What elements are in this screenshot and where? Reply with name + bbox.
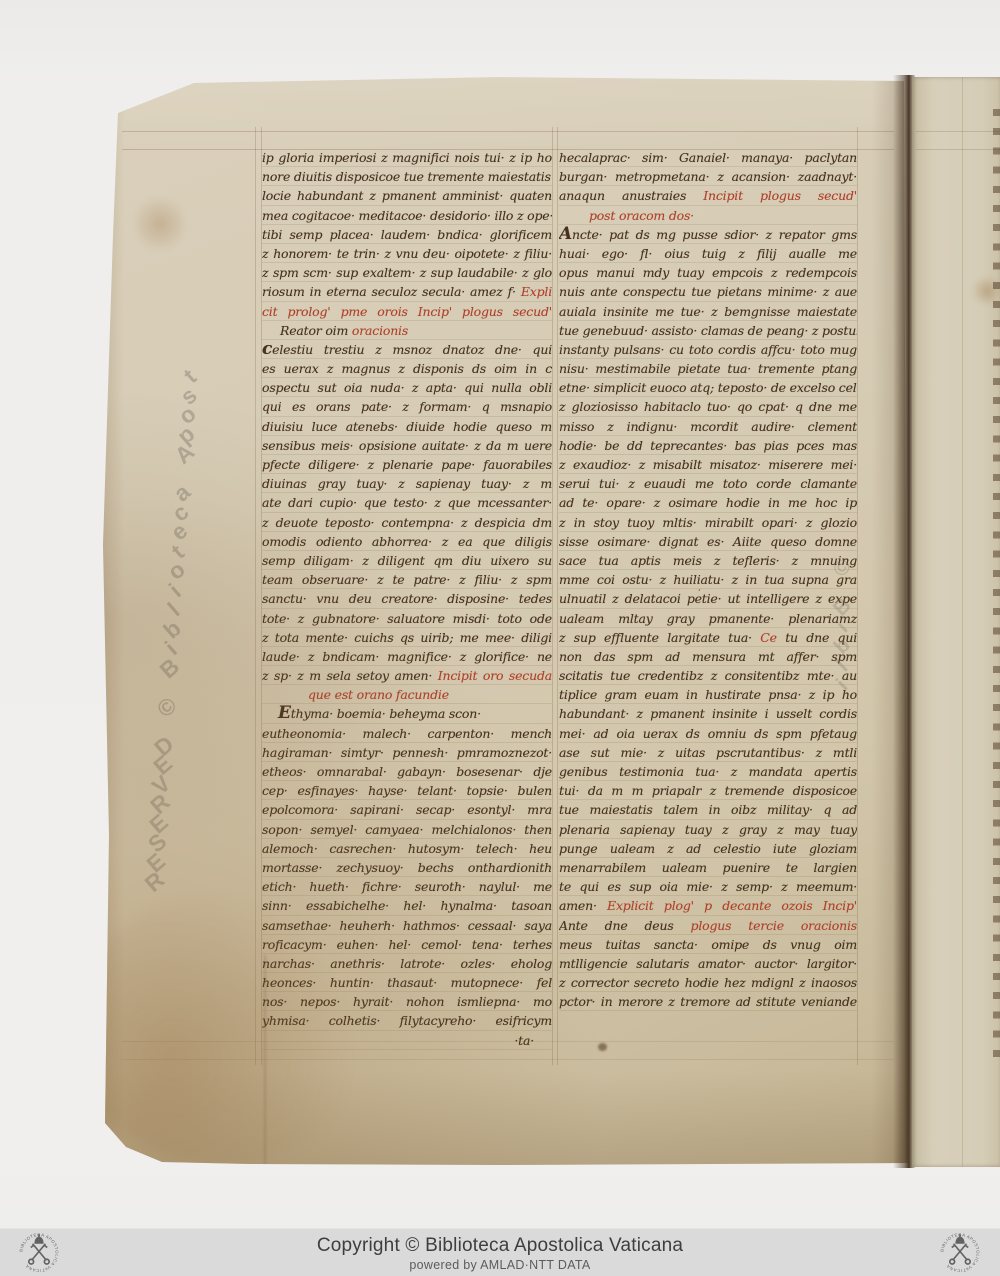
manuscript-line: instanty pulsans· cu toto cordis affcu· …: [559, 340, 857, 359]
manuscript-line: cep· esfinayes· hayse· telant· topsie· b…: [262, 781, 552, 800]
manuscript-line: z deuote teposto· contempna· z despicia …: [262, 513, 552, 532]
manuscript-line: ospectu sut oia nuda· z apta· qui nulla …: [262, 378, 552, 397]
facing-page-text-fragments: [993, 109, 1000, 1069]
manuscript-line: z in stoy tuoy mltis· mirabilt opari· z …: [559, 513, 857, 532]
manuscript-line: hagiraman· simtyr· pennesh· pmramoznezot…: [262, 743, 552, 762]
manuscript-line: yhmisa· colhetis· filytacyreho· esifricy…: [262, 1011, 552, 1030]
manuscript-line: ase sut mie· z uitas pscrutantibus· z mt…: [559, 743, 857, 762]
manuscript-line: z sp· z m sela setoy amen· Incipit oro s…: [262, 666, 552, 685]
manuscript-line: z exaudioz· z misabilt misatoz· miserere…: [559, 455, 857, 474]
footer-text: Copyright © Biblioteca Apostolica Vatica…: [317, 1235, 683, 1272]
manuscript-line: serui tui· z euaudi me toto corde claman…: [559, 474, 857, 493]
manuscript-line: omodis odiento abhorrea· z ea que diligi…: [262, 532, 552, 551]
scan-viewer: ip gloria imperiosi z magnifici nois tui…: [0, 0, 1000, 1276]
ruling-line: [255, 127, 256, 1065]
manuscript-line: nisu· mestimabile pietate tua· tremente …: [559, 359, 857, 378]
manuscript-line: z tota mente· cuichs qs uirib; me mee· d…: [262, 628, 552, 647]
ruling-line: [857, 127, 858, 1065]
manuscript-line: auiala insinite me tue· z bemgnisse maie…: [559, 302, 857, 321]
manuscript-line: scitatis tue credentibz z consitentibz m…: [559, 666, 857, 685]
manuscript-line: tue genebuud· assisto· clamas de peang· …: [559, 321, 857, 340]
powered-by-text: powered by AMLAD·NTT DATA: [409, 1258, 590, 1272]
manuscript-line: qui es orans pate· z formam· q msnapio: [262, 397, 552, 416]
manuscript-line: pfecte diligere· z plenarie pape· fauora…: [262, 455, 552, 474]
manuscript-line: ip gloria imperiosi z magnifici nois tui…: [262, 148, 552, 167]
manuscript-line: eutheonomia· malech· carpenton· mench: [262, 724, 552, 743]
parchment-stain: [134, 193, 186, 255]
manuscript-line: sace tua aptis meis z tefleris· z mnuing: [559, 551, 857, 570]
manuscript-line: z sup effluente largitate tua· Ce tu dne…: [559, 628, 857, 647]
fold-crease: [962, 77, 963, 1167]
manuscript-line: alemoch· casrechen· hutosym· telech· heu: [262, 839, 552, 858]
manuscript-line: mortasse· zechysuoy· bechs onthardionith: [262, 858, 552, 877]
manuscript-line: post oracom dos·: [559, 206, 857, 225]
manuscript-line: Ethyma· boemia· beheyma scon·: [262, 704, 552, 723]
manuscript-line: Reator oim oracionis: [262, 321, 552, 340]
manuscript-line: z corrector secreto hodie hez mdignl z i…: [559, 973, 857, 992]
manuscript-line: laude· z bndicam· magnifice· z glorifice…: [262, 647, 552, 666]
ruling-line: [122, 1059, 894, 1060]
manuscript-line: samsethae· heuherh· hathmos· cessaal· sa…: [262, 916, 552, 935]
left-text-column: ip gloria imperiosi z magnifici nois tui…: [262, 148, 552, 1050]
manuscript-line: genibus testimonia tua· z mandata aperti…: [559, 762, 857, 781]
manuscript-line: tue maiestatis talem in oibz militay· q …: [559, 800, 857, 819]
manuscript-line: burgan· metropmetana· z acansion· zaadna…: [559, 167, 857, 186]
manuscript-line: mtlligencie salutaris amator· auctor· la…: [559, 954, 857, 973]
ink-spot: [598, 1043, 607, 1051]
manuscript-line: ad te· opare· z osimare hodie in me hoc …: [559, 493, 857, 512]
manuscript-line: non das spm ad mensura mt affer· spm: [559, 647, 857, 666]
manuscript-line: mme coi ostu· z huiliatu· z in tua supna…: [559, 570, 857, 589]
manuscript-line: tibi semp placea· laudem· bndica· glorif…: [262, 225, 552, 244]
manuscript-line: menarrabilem ualeam puenire te largien: [559, 858, 857, 877]
manuscript-line: etheos· omnarabal· gabayn· bosesenar· dj…: [262, 762, 552, 781]
manuscript-line: Ancte· pat ds mg pusse sdior· z repator …: [559, 225, 857, 244]
manuscript-line: ulnuatil z delatacoi petie·fice ut intel…: [559, 589, 857, 608]
facing-page-edge: [912, 77, 1000, 1167]
manuscript-line: opus manui mdy tuay empcois z redempcois: [559, 263, 857, 282]
footer-bar: Copyright © Biblioteca Apostolica Vatica…: [0, 1228, 1000, 1276]
manuscript-line: mei· ad oia uerax ds omniu ds spm pfetau…: [559, 724, 857, 743]
manuscript-line: te qui es sup oia mie· z semp· z meemum·: [559, 877, 857, 896]
ruling-line: [916, 149, 1000, 150]
manuscript-line: ualeam mltay gray pmanente· plenariamz: [559, 609, 857, 628]
manuscript-line: etich· hueth· fichre· seuroth· naylul· m…: [262, 877, 552, 896]
manuscript-line: amen· Explicit plog' p decante ozois Inc…: [559, 896, 857, 915]
manuscript-line: meus tuitas sancta· omipe ds vnug oim: [559, 935, 857, 954]
manuscript-line: narchas· anethris· latrote· ozles· eholo…: [262, 954, 552, 973]
manuscript-line: mea cogitacoe· meditacoe· desidorio· ill…: [262, 206, 552, 225]
manuscript-line: sopon· semyel· camyaea· melchialonos· th…: [262, 820, 552, 839]
manuscript-line: ate dari cupio· que testo· z que mcessan…: [262, 493, 552, 512]
manuscript-line: locie habundant z pmanent amminist· quat…: [262, 186, 552, 205]
manuscript-line: roficacym· euhen· hel· cemol· tena· terh…: [262, 935, 552, 954]
ruling-line: [552, 127, 553, 1065]
manuscript-line: nuis ante conspectu tue pietans minime· …: [559, 282, 857, 301]
manuscript-line: pctor· in merore z tremore ad stitute ve…: [559, 992, 857, 1011]
reserved-watermark: tsopA acetoilbiB © DEVRESER: [137, 363, 204, 890]
manuscript-line: sinn· essabichelhe· hel· hynalma· tasoan: [262, 896, 552, 915]
manuscript-line: z spm scm· sup exaltem· z sup laudabile·…: [262, 263, 552, 282]
copyright-text: Copyright © Biblioteca Apostolica Vatica…: [317, 1235, 683, 1257]
manuscript-line: semp diligam· z diligent qm diu uixero s…: [262, 551, 552, 570]
vatican-library-seal-icon: BIBLIOTECA APOSTOLICA VATICANA: [17, 1230, 61, 1274]
manuscript-line: es uerax z magnus z disponis ds oim in c: [262, 359, 552, 378]
manuscript-line: sensibus meis· opsisione auitate· z da m…: [262, 436, 552, 455]
manuscript-line: misso z indignu· mcordit audire· clement: [559, 417, 857, 436]
manuscript-line: heonces· huntin· thasaut· mutopnece· fel: [262, 973, 552, 992]
manuscript-line: tiplice gram euam in hustirate pnsa· z i…: [559, 685, 857, 704]
manuscript-line: anaqun anustraies Incipit plogus secud': [559, 186, 857, 205]
manuscript-line: plenaria sapienay tuay z gray z may tuay: [559, 820, 857, 839]
manuscript-line: diuinas gray tuay· z sapienay tuay· z m: [262, 474, 552, 493]
manuscript-line: huai· ego· fl· oius tuig z filij aualle …: [559, 244, 857, 263]
manuscript-line: hecalaprac· sim· Ganaiel· manaya· paclyt…: [559, 148, 857, 167]
manuscript-line: z honorem· te trin· z vnu deu· oipotete·…: [262, 244, 552, 263]
manuscript-line: sisse osimare· dignat es· Aiite queso do…: [559, 532, 857, 551]
manuscript-line: punge ualeam z ad celestio iute gloziam: [559, 839, 857, 858]
manuscript-line: riosum in eterna seculoz secula· amez f·…: [262, 282, 552, 301]
manuscript-page: ip gloria imperiosi z magnifici nois tui…: [100, 75, 912, 1168]
manuscript-line: habundant· z pmanent insinite i usselt c…: [559, 704, 857, 723]
manuscript-line: z gloziosisso habitaclo tuo· qo cpat· q …: [559, 397, 857, 416]
manuscript-line: sanctu· vnu deu creatore· disposine· ted…: [262, 589, 552, 608]
right-text-column: hecalaprac· sim· Ganaiel· manaya· paclyt…: [559, 148, 857, 1011]
ruling-line: [916, 131, 1000, 132]
manuscript-line: ·ta·: [262, 1031, 552, 1050]
ruling-line: [122, 131, 894, 132]
manuscript-line: celestiu trestiu z msnoz dnatoz dne· qui: [262, 340, 552, 359]
manuscript-line: etne· simplicit euoco atq; teposto· de e…: [559, 378, 857, 397]
vatican-library-seal-icon: BIBLIOTECA APOSTOLICA VATICANA: [938, 1230, 982, 1274]
manuscript-line: Ante dne deus plogus tercie oracionis: [559, 916, 857, 935]
manuscript-line: nore diuitis disposicoe tue tremente mai…: [262, 167, 552, 186]
manuscript-line: tote· z gubnatore· saluatore misdi· toto…: [262, 609, 552, 628]
manuscript-line: epolcomora· sapirani· secap· esontyl· mr…: [262, 800, 552, 819]
manuscript-line: tui· da m m priapalr z tremende disposic…: [559, 781, 857, 800]
manuscript-line: nos· nepos· hyrait· nohon ismliepna· mo: [262, 992, 552, 1011]
manuscript-line: team obseruare· z te patre· z filiu· z s…: [262, 570, 552, 589]
manuscript-line: hodie· be dd teprecantes· bas pias pces …: [559, 436, 857, 455]
manuscript-line: cit prolog' pme orois Incip' plogus secu…: [262, 302, 552, 321]
ruling-line: [557, 127, 558, 1065]
manuscript-line: diuisiu luce atenebs· diuide hodie queso…: [262, 417, 552, 436]
manuscript-line: que est orano facundie: [262, 685, 552, 704]
